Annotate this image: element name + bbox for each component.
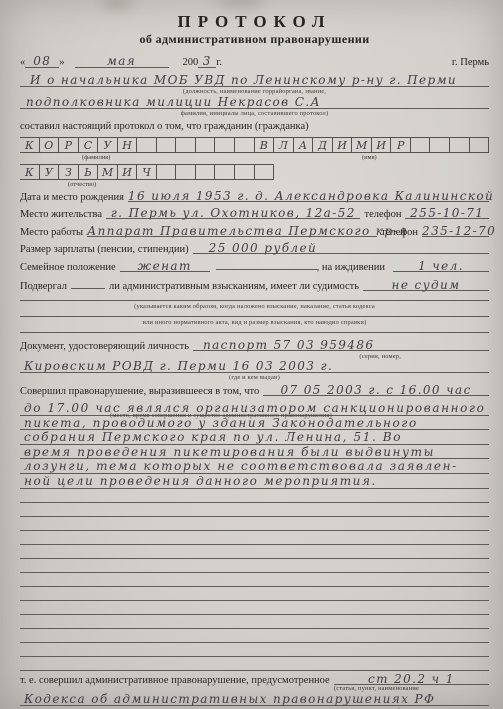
date-day: 08 [25,55,59,68]
salary-label: Размер зарплаты (пенсии, стипендии) [20,244,189,255]
penalty-value: не судим [363,280,489,291]
name-grid-cell [470,137,490,153]
salary-value: 25 000 рублей [193,243,489,254]
family-label: Семейное положение [20,262,116,273]
name-grid-cell [235,137,255,153]
offense-first-value: 07 05 2003 г. с 16.00 час [263,385,489,396]
name-grid-cell: О [40,137,60,153]
offense-caption: (место, время совершения и существо адми… [110,412,332,419]
penalty-caption-2: или иного нормативного акта, вид и разме… [20,319,489,326]
name-grid-cell [196,137,216,153]
qualification-code-line: Кодекса об административных правонарушен… [20,693,489,706]
offense-line: лозунги, тема которых не соответствовала… [20,459,489,474]
name-grid-cell: К [20,137,40,153]
offense-intro-line: Совершил правонарушение, выразившееся в … [20,385,489,401]
quote-close: » [59,57,64,68]
offense-line: собрания Пермского края по ул. Ленина, 5… [20,430,489,445]
family-value: женат [120,261,210,272]
date-year-digit: 3 [198,55,216,68]
work-line: Место работы Аппарат Правительства Пермс… [20,226,489,242]
work-phone-value: 235-12-70 [422,226,489,237]
empty-ruled-line [20,517,489,531]
empty-ruled-line [20,489,489,503]
year-era: г. [216,57,222,68]
salary-line: Размер зарплаты (пенсии, стипендии) 25 0… [20,243,489,259]
residence-label: Место жительства [20,209,102,220]
empty-ruled-line [20,573,489,587]
identity-document-label: Документ, удостоверяющий личность [20,341,189,352]
empty-ruled-line [20,601,489,615]
penalty-label-post: ли административным взысканиям, имеет ли… [109,281,359,292]
city-label: г. Пермь [452,57,489,68]
offense-line: ной цели проведения данного мероприятия. [20,474,489,489]
qualification-caption-1: (статья, пункт, наименование [334,685,419,692]
dependents-label: , на иждивении [317,262,385,273]
name-grid-cell: З [59,164,79,180]
protocol-document: ПРОТОКОЛ об административном правонаруше… [0,0,503,709]
name-grid-cell [157,137,177,153]
empty-ruled-line [20,503,489,517]
name-grid-cell: И [372,137,392,153]
penalty-label-pre: Подвергал [20,281,67,292]
name-grid-cell [176,164,196,180]
name-grid-cell [255,164,275,180]
work-label: Место работы [20,227,83,238]
penalty-blank-gap [71,278,105,289]
birth-label: Дата и место рождения [20,192,124,203]
penalty-caption-1: (указывается каким образом, когда наложе… [20,303,489,310]
empty-ruled-line [20,657,489,671]
name-grid-cell: М [352,137,372,153]
name-grid-cell: Р [391,137,411,153]
qualification-section: т. е. совершил административное правонар… [20,674,489,709]
name-grid-cell [137,137,157,153]
name-grid-cell: К [20,164,40,180]
name-grid-cell: И [118,164,138,180]
name-grid-cell: Ь [79,164,99,180]
document-title: ПРОТОКОЛ [20,12,489,32]
residence-value: г. Пермь ул. Охотников, 12а-52 [106,208,360,219]
name-grid-cell [176,137,196,153]
document-subtitle: об административном правонарушении [20,32,489,47]
identity-document-caption-2: (где и кем выдан) [20,373,489,382]
family-line: Семейное положение женат , на иждивении … [20,261,489,277]
name-grid-cell [450,137,470,153]
name-grid-cell: Д [313,137,333,153]
name-grid-cell: У [98,137,118,153]
name-grid-cell: Р [59,137,79,153]
name-grid-cell: И [333,137,353,153]
empty-ruled-line [20,643,489,657]
identity-document-issued: Кировским РОВД г. Перми 16 03 2003 г. [20,360,489,373]
patronymic-label: (отчество) [68,181,96,188]
officer-name-line: подполковника милиции Некрасов С.А [20,96,489,109]
empty-ruled-line [20,615,489,629]
ruled-separator [20,332,489,333]
ruled-separator [20,316,489,317]
residence-line: Место жительства г. Пермь ул. Охотников,… [20,208,489,224]
empty-ruled-line [20,629,489,643]
officer-caption-2: фамилия, инициалы лица, составившего про… [20,109,489,118]
name-grid-cell: У [40,164,60,180]
name-grid-cell: Ч [137,164,157,180]
date-month: мая [75,55,169,68]
residence-phone-label: телефон [364,209,401,220]
offense-line: время проведения пикетирования были выдв… [20,445,489,460]
name-grid-cell: С [79,137,99,153]
firstname-label: (имя) [362,154,377,161]
name-grid-cell: Н [118,137,138,153]
offense-description: (место, время совершения и существо адми… [20,401,489,489]
empty-ruled-line [20,545,489,559]
name-grid-cell [215,137,235,153]
dependents-value: 1 чел. [393,261,489,272]
qualification-caption-2: нормативного акта, предусматривающего от… [20,706,489,709]
name-grid-cell: А [294,137,314,153]
offense-label: Совершил правонарушение, выразившееся в … [20,386,259,397]
officer-position-line: И о начальника МОБ УВД по Ленинскому р-н… [20,74,489,87]
name-grid-cell: В [255,137,275,153]
name-grid-cell [157,164,177,180]
work-value: Аппарат Правительства Пермского кр-я [87,226,377,237]
name-grid-cell [430,137,450,153]
name-grid-cell: М [98,164,118,180]
qualification-label: т. е. совершил административное правонар… [20,675,330,686]
identity-document-section: Документ, удостоверяющий личность паспор… [20,340,489,382]
surname-label: (фамилия) [82,154,110,161]
name-grid-cell [215,164,235,180]
penalty-line: Подвергал ли административным взысканиям… [20,278,489,294]
empty-ruled-line [20,531,489,545]
name-grid-cell [196,164,216,180]
birth-value: 16 июля 1953 г. д. Александровка Калинин… [128,191,489,202]
name-grid-cell: Л [274,137,294,153]
year-prefix: 200 [183,57,199,68]
name-grid-row-1: КОРСУНВЛАДИМИР [20,137,489,153]
surname-firstname-grid: КОРСУНВЛАДИМИР (фамилия) (имя) [20,137,489,162]
name-grid-cell [411,137,431,153]
composed-statement: составил настоящий протокол о том, что г… [20,121,489,132]
name-grid-row-2: КУЗЬМИЧ [20,164,274,180]
patronymic-grid: КУЗЬМИЧ (отчество) [20,164,489,189]
document-content: ПРОТОКОЛ об административном правонаруше… [20,12,489,705]
empty-ruled-area [20,489,489,671]
work-phone-label: телефон [381,227,418,238]
identity-document-line: Документ, удостоверяющий личность паспор… [20,340,489,356]
empty-ruled-line [20,559,489,573]
identity-document-caption-1: (серия, номер, [359,353,401,360]
identity-document-value: паспорт 57 03 959486 [193,340,489,351]
name-grid-cell [235,164,255,180]
ruled-separator [20,300,489,301]
qualification-value: ст 20.2 ч 1 [334,674,489,685]
date-line: «08» мая 2003 г. г. Пермь [20,55,489,68]
empty-ruled-line [20,587,489,601]
residence-phone-value: 255-10-71 [405,208,489,219]
birth-line: Дата и место рождения 16 июля 1953 г. д.… [20,191,489,207]
